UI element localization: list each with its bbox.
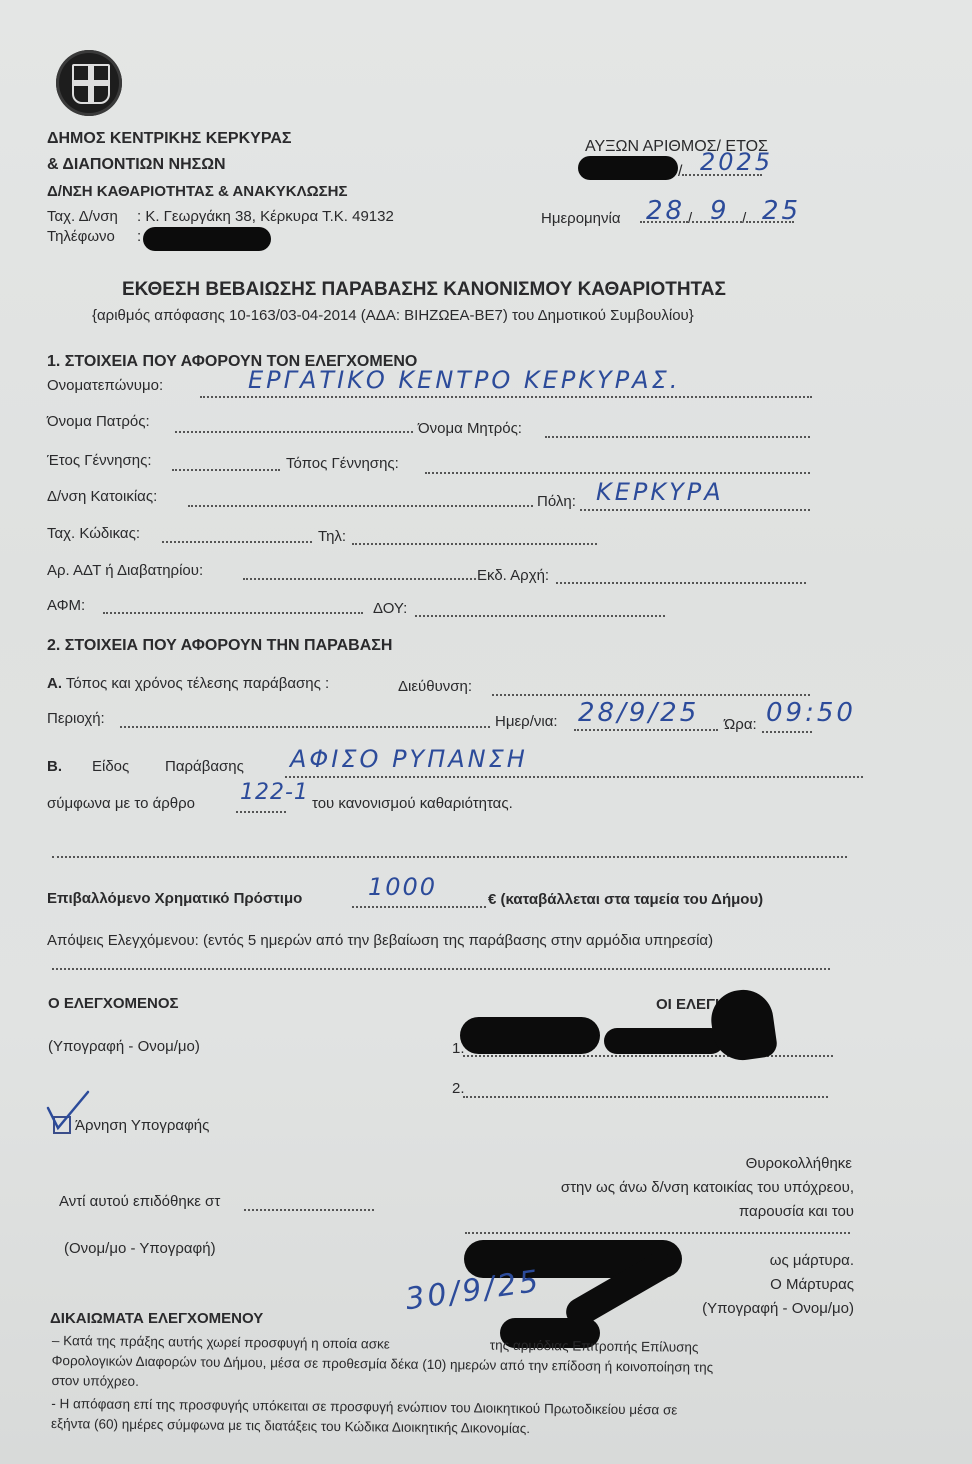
birth-year-label: Έτος Γέννησης:	[47, 452, 152, 469]
inspector-2-number: 2.	[452, 1080, 465, 1097]
org-line-1: ΔΗΜΟΣ ΚΕΝΤΡΙΚΗΣ ΚΕΡΚΥΡΑΣ	[47, 130, 291, 148]
department: Δ/ΝΣΗ ΚΑΘΑΡΙΟΤΗΤΑΣ & ΑΝΑΚΥΚΛΩΣΗΣ	[47, 183, 348, 200]
phone-field[interactable]	[352, 543, 597, 545]
area-field[interactable]	[120, 726, 490, 728]
violation-time-label: Ώρα:	[724, 716, 757, 733]
residence-label: Δ/νση Κατοικίας:	[47, 488, 157, 505]
date-day[interactable]: 28	[646, 196, 685, 226]
residence-field[interactable]	[188, 505, 533, 507]
inspector-1-field[interactable]	[463, 1055, 833, 1057]
witness-signature-label: (Υπογραφή - Ονομ/μο)	[702, 1300, 854, 1317]
refusal-label: Άρνηση Υπογραφής	[75, 1117, 209, 1134]
fine-amount-field[interactable]: 1000	[368, 873, 437, 901]
address-value: : Κ. Γεωργάκη 38, Κέρκυρα Τ.Κ. 49132	[137, 208, 394, 225]
redacted-phone	[143, 227, 271, 251]
postal-code-field[interactable]	[162, 541, 312, 543]
father-name-field[interactable]	[175, 431, 413, 433]
org-line-2: & ΔΙΑΠΟΝΤΙΩΝ ΝΗΣΩΝ	[47, 156, 226, 174]
address-label: Ταχ. Δ/νση	[47, 208, 118, 225]
delivered-signature-label: (Ονομ/μο - Υπογραφή)	[64, 1240, 216, 1257]
fine-suffix: € (καταβάλλεται στα ταμεία του Δήμου)	[488, 891, 763, 908]
afm-field[interactable]	[103, 612, 363, 614]
opinion-field[interactable]	[52, 968, 830, 970]
issuer-field[interactable]	[556, 582, 806, 584]
part-a-label: Τόπος και χρόνος τέλεσης παράβασης :	[66, 675, 329, 692]
doy-field[interactable]	[415, 615, 665, 617]
posted-line-3: παρουσία και του	[739, 1203, 854, 1220]
redacted-inspector-name	[460, 1017, 600, 1054]
handwritten-date: 30/9/25	[403, 1264, 543, 1318]
part-b-prefix: Β.	[47, 758, 62, 775]
redacted-serial-number	[578, 156, 678, 180]
fine-label: Επιβαλλόμενο Χρηματικό Πρόστιμο	[47, 890, 302, 907]
serial-year[interactable]: 2025	[700, 148, 773, 176]
article-field[interactable]: 122-1	[240, 780, 309, 805]
delivered-field[interactable]	[244, 1209, 374, 1211]
city-label: Πόλη:	[537, 493, 576, 510]
full-name-field[interactable]: ΕΡΓΑΤΙΚΟ ΚΕΝΤΡΟ ΚΕΡΚΥΡΑΣ.	[248, 366, 680, 394]
id-number-label: Αρ. ΑΔΤ ή Διαβατηρίου:	[47, 562, 203, 579]
inspector-2-field[interactable]	[463, 1096, 828, 1098]
date-month[interactable]: 9	[710, 196, 730, 226]
afm-label: ΑΦΜ:	[47, 597, 85, 614]
inspected-signature-label: (Υπογραφή - Ονομ/μο)	[48, 1038, 200, 1055]
section-2-heading: 2. ΣΤΟΙΧΕΙΑ ΠΟΥ ΑΦΟΡΟΥΝ ΤΗΝ ΠΑΡΑΒΑΣΗ	[47, 637, 392, 655]
area-label: Περιοχή:	[47, 710, 105, 727]
id-number-field[interactable]	[243, 578, 476, 580]
doy-label: ΔΟΥ:	[373, 600, 407, 617]
opinion-label: Απόψεις Ελεγχόμενου: (εντός 5 ημερών από…	[47, 932, 713, 949]
father-name-label: Όνομα Πατρός:	[47, 413, 150, 430]
violation-date-label: Ημερ/νια:	[495, 713, 558, 730]
issuer-label: Εκδ. Αρχή:	[477, 567, 549, 584]
greek-coat-of-arms-icon	[56, 50, 122, 116]
phone-label-2: Τηλ:	[318, 528, 346, 545]
part-a-prefix: Α.	[47, 675, 62, 692]
delivered-label: Αντί αυτού επιδόθηκε στ	[59, 1193, 220, 1210]
rights-paragraph-1: – Κατά της πράξης αυτής χωρεί προσφυγή η…	[51, 1333, 714, 1438]
rights-heading: ΔΙΚΑΙΩΜΑΤΑ ΕΛΕΓΧΟΜΕΝΟΥ	[50, 1310, 263, 1327]
part-b-label-1: Είδος	[92, 758, 129, 775]
birth-place-field[interactable]	[425, 472, 810, 474]
witness-name-field[interactable]	[465, 1232, 850, 1234]
violation-type-field[interactable]: ΑΦΙΣΟ ΡΥΠΑΝΣΗ	[290, 745, 528, 773]
inspected-heading: Ο ΕΛΕΓΧΟΜΕΝΟΣ	[48, 995, 179, 1012]
mother-name-field[interactable]	[545, 436, 810, 438]
violation-time-field[interactable]: 09:50	[766, 698, 856, 728]
violation-extra-line[interactable]	[52, 856, 847, 858]
document-subtitle: {αριθμός απόφασης 10-163/03-04-2014 (ΑΔΑ…	[92, 307, 694, 324]
full-name-label: Ονοματεπώνυμο:	[47, 377, 163, 394]
witness-suffix: ως μάρτυρα.	[770, 1252, 854, 1269]
part-b-label-2: Παράβασης	[165, 758, 244, 775]
birth-year-field[interactable]	[172, 469, 280, 471]
violation-report-document: ΔΗΜΟΣ ΚΕΝΤΡΙΚΗΣ ΚΕΡΚΥΡΑΣ & ΔΙΑΠΟΝΤΙΩΝ ΝΗ…	[0, 0, 972, 1464]
city-field[interactable]: ΚΕΡΚΥΡΑ	[596, 478, 724, 506]
date-year[interactable]: 25	[762, 196, 801, 226]
posted-line-1: Θυροκολλήθηκε	[746, 1155, 852, 1172]
violation-address-field[interactable]	[492, 694, 810, 696]
postal-code-label: Ταχ. Κώδικας:	[47, 525, 140, 542]
document-title: ΕΚΘΕΣΗ ΒΕΒΑΙΩΣΗΣ ΠΑΡΑΒΑΣΗΣ ΚΑΝΟΝΙΣΜΟΥ ΚΑ…	[122, 279, 726, 301]
birth-place-label: Τόπος Γέννησης:	[286, 455, 399, 472]
mother-name-label: Όνομα Μητρός:	[418, 420, 522, 437]
phone-label: Τηλέφωνο	[47, 228, 115, 245]
article-prefix: σύμφωνα με το άρθρο	[47, 795, 195, 812]
date-label: Ημερομηνία	[541, 210, 621, 227]
article-suffix: του κανονισμού καθαριότητας.	[312, 795, 513, 812]
posted-line-2: στην ως άνω δ/νση κατοικίας του υπόχρεου…	[561, 1179, 854, 1196]
phone-separator: :	[137, 228, 141, 245]
witness-heading: Ο Μάρτυρας	[770, 1276, 854, 1293]
redacted-inspector-signature	[604, 1028, 724, 1054]
violation-date-field[interactable]: 28/9/25	[578, 698, 699, 728]
violation-address-label: Διεύθυνση:	[398, 678, 472, 695]
